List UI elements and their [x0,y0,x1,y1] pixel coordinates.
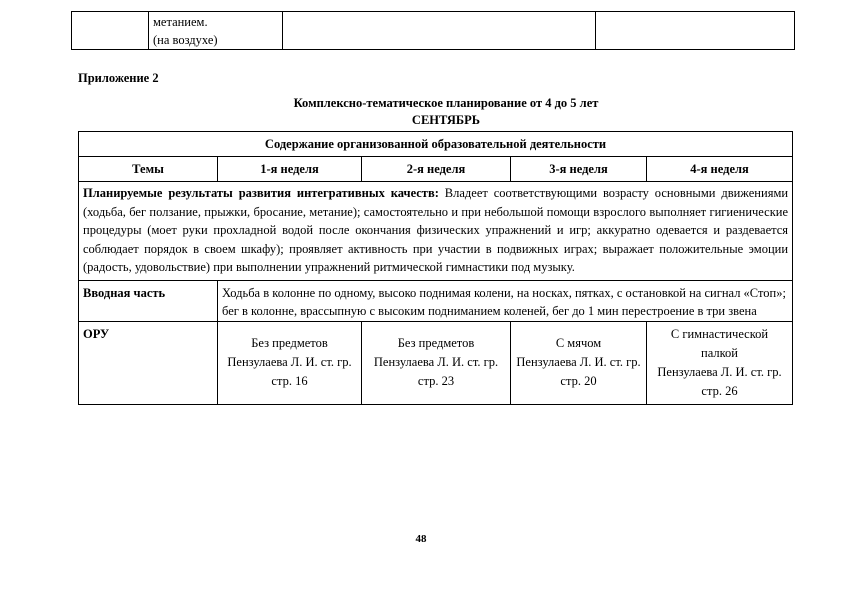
appendix-label: Приложение 2 [78,71,159,86]
cell-text-line: метанием. [153,13,278,31]
column-header-week-4: 4-я неделя [647,157,793,182]
section-header: Содержание организованной образовательно… [79,132,793,157]
intro-text: Ходьба в колонне по одному, высоко подни… [218,280,793,321]
oru-title: Без предметов [222,334,357,353]
page-number: 48 [0,533,842,545]
oru-week-3: С мячом Пензулаева Л. И. ст. гр. стр. 20 [511,321,647,404]
oru-row: ОРУ Без предметов Пензулаева Л. И. ст. г… [79,321,793,404]
column-header-week-1: 1-я неделя [218,157,362,182]
oru-reference: Пензулаева Л. И. ст. гр. стр. 23 [366,353,506,391]
planned-results-cell: Планируемые результаты развития интеграт… [79,182,793,281]
oru-title: Без предметов [366,334,506,353]
oru-reference: Пензулаева Л. И. ст. гр. стр. 16 [222,353,357,391]
table-cell: метанием. (на воздухе) [149,12,283,50]
intro-label: Вводная часть [79,280,218,321]
column-header-week-3: 3-я неделя [511,157,647,182]
column-header-themes: Темы [79,157,218,182]
oru-week-4: С гимнастической палкой Пензулаева Л. И.… [647,321,793,404]
table-row: метанием. (на воздухе) [72,12,795,50]
oru-reference: Пензулаева Л. И. ст. гр. стр. 20 [515,353,642,391]
intro-row: Вводная часть Ходьба в колонне по одному… [79,280,793,321]
document-page: метанием. (на воздухе) Приложение 2 Комп… [0,0,842,595]
column-header-row: Темы 1-я неделя 2-я неделя 3-я неделя 4-… [79,157,793,182]
oru-title: С мячом [515,334,642,353]
table-cell [72,12,149,50]
oru-label: ОРУ [79,321,218,404]
cell-text-line: (на воздухе) [153,31,278,49]
column-header-week-2: 2-я неделя [362,157,511,182]
planned-results-label: Планируемые результаты развития интеграт… [83,186,439,200]
planning-table: Содержание организованной образовательно… [78,131,793,405]
previous-table-fragment: метанием. (на воздухе) [71,11,795,50]
section-header-row: Содержание организованной образовательно… [79,132,793,157]
oru-week-1: Без предметов Пензулаева Л. И. ст. гр. с… [218,321,362,404]
table-cell [596,12,795,50]
oru-reference: Пензулаева Л. И. ст. гр. стр. 26 [651,363,788,401]
table-cell [283,12,596,50]
oru-title: С гимнастической палкой [651,325,788,363]
month-title: СЕНТЯБРЬ [25,113,842,128]
oru-week-2: Без предметов Пензулаева Л. И. ст. гр. с… [362,321,511,404]
results-row: Планируемые результаты развития интеграт… [79,182,793,281]
document-title: Комплексно-тематическое планирование от … [25,96,842,111]
